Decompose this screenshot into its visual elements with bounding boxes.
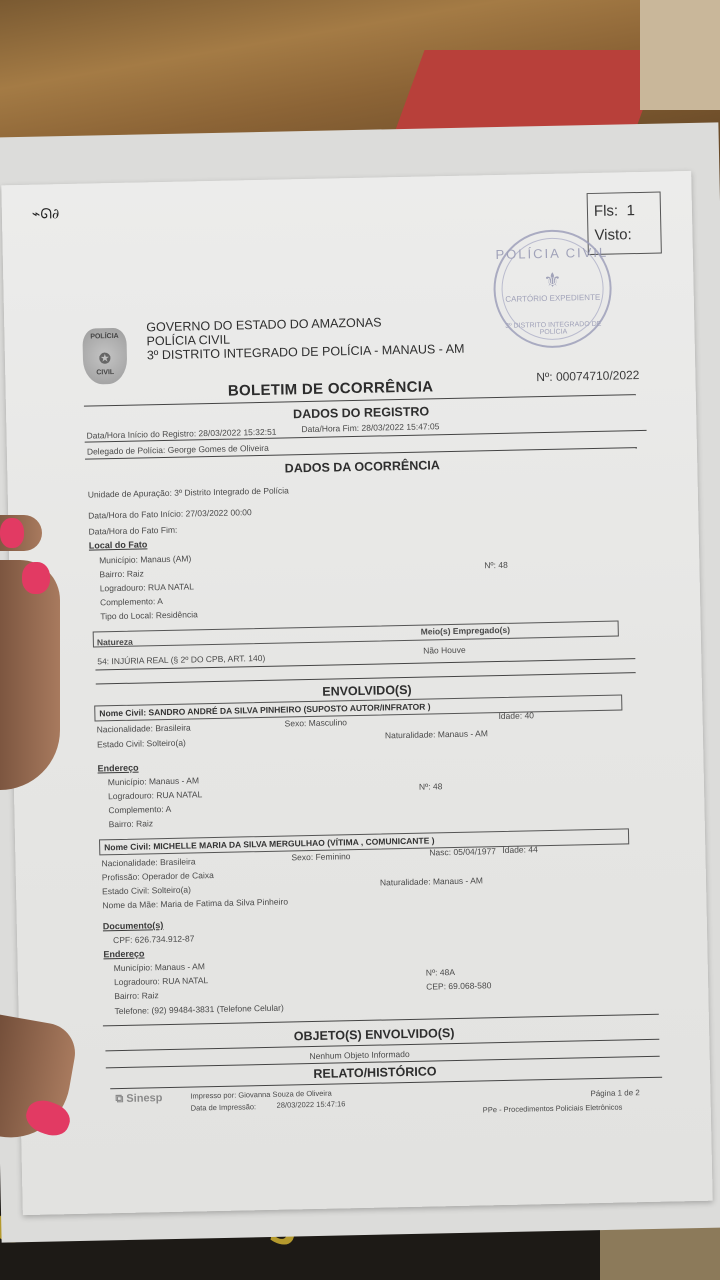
person-2-numero: Nº: 48A (426, 967, 455, 978)
patterned-cloth-background (640, 0, 720, 110)
natureza-header-box (93, 621, 619, 648)
local-bairro: Bairro: Raiz (99, 568, 144, 579)
data-impressao-label: Data de Impressão: (191, 1102, 257, 1112)
stamp-top-text: POLÍCIA CIVIL (495, 245, 609, 262)
page-number: Página 1 de 2 (590, 1088, 640, 1098)
fls-label: Fls: (594, 202, 619, 220)
person-1-logradouro: Logradouro: RUA NATAL (108, 789, 202, 801)
person-1-complemento: Complemento: A (108, 804, 171, 815)
badge-bottom-text: CIVIL (83, 369, 127, 377)
unidade-apuracao: Unidade de Apuração: 3º Distrito Integra… (88, 485, 289, 499)
person-2-naturalidade: Naturalidade: Manaus - AM (380, 875, 483, 887)
person-1-municipio: Município: Manaus - AM (108, 775, 199, 787)
person-2-logradouro: Logradouro: RUA NATAL (114, 975, 208, 987)
person-1-idade: Idade: 40 (498, 710, 534, 721)
natureza-header: Natureza (97, 637, 133, 648)
meio-empregado-header: Meio(s) Empregado(s) (421, 625, 510, 637)
person-2-cep: CEP: 69.068-580 (426, 980, 491, 991)
meio-empregado-value: Não Houve (423, 645, 466, 656)
impresso-por: Impresso por: Giovanna Souza de Oliveira (190, 1089, 331, 1101)
government-header: GOVERNO DO ESTADO DO AMAZONAS POLÍCIA CI… (146, 314, 464, 363)
person-1-endereco-title: Endereço (97, 763, 138, 774)
person-2-endereco-title: Endereço (103, 949, 144, 960)
stamp-bottom-text: 3º DISTRITO INTEGRADO DE POLÍCIA (496, 321, 610, 337)
person-2-idade: Idade: 44 (502, 844, 538, 855)
fls-value: 1 (626, 202, 635, 219)
fingernail (22, 562, 50, 594)
local-complemento: Complemento: A (100, 596, 163, 607)
person-2-profissao: Profissão: Operador de Caixa (102, 870, 214, 882)
stamp-emblem-icon: ⚜ (495, 267, 609, 294)
patterned-cloth-background (600, 1225, 720, 1280)
data-impressao: 28/03/2022 15:47:16 (277, 1099, 346, 1109)
person-1-numero: Nº: 48 (419, 781, 443, 791)
policia-civil-badge-icon: POLÍCIA ✪ CIVIL (82, 328, 127, 385)
registro-fim: Data/Hora Fim: 28/03/2022 15:47:05 (301, 421, 439, 434)
fato-fim: Data/Hora do Fato Fim: (88, 525, 177, 537)
person-2-name: Nome Civil: MICHELLE MARIA DA SILVA MERG… (99, 828, 629, 855)
person-2-documentos-title: Documento(s) (103, 920, 164, 931)
person-1-sexo: Sexo: Masculino (285, 717, 348, 728)
fingernail (0, 518, 24, 548)
local-municipio: Município: Manaus (AM) (99, 553, 191, 565)
person-2-municipio: Município: Manaus - AM (114, 961, 205, 973)
fato-inicio: Data/Hora do Fato Início: 27/03/2022 00:… (88, 507, 252, 520)
person-1-bairro: Bairro: Raiz (109, 818, 154, 829)
police-stamp: POLÍCIA CIVIL ⚜ CARTÓRIO EXPEDIENTE 3º D… (492, 229, 612, 349)
person-2-nasc: Nasc: 05/04/1977 (429, 846, 496, 857)
person-1-naturalidade: Naturalidade: Manaus - AM (385, 728, 488, 740)
local-do-fato-title: Local do Fato (89, 539, 148, 550)
person-2-cpf: CPF: 626.734.912-87 (113, 933, 194, 945)
handwritten-mark: ⌁ᘏ∂ (32, 206, 59, 222)
sinesp-logo-text: Sinesp (126, 1092, 162, 1105)
local-numero: Nº: 48 (484, 560, 508, 570)
badge-emblem-icon: ✪ (83, 350, 127, 368)
person-2-estado-civil: Estado Civil: Solteiro(a) (102, 885, 191, 897)
sistema-name: PPe - Procedimentos Policiais Eletrônico… (483, 1103, 623, 1115)
police-report-document: ⌁ᘏ∂ Fls: 1 Visto: POLÍCIA CIVIL ⚜ CARTÓR… (1, 171, 712, 1215)
person-1-nacionalidade: Nacionalidade: Brasileira (97, 722, 191, 734)
person-2-telefone: Telefone: (92) 99484-3831 (Telefone Celu… (115, 1003, 284, 1017)
person-2-bairro: Bairro: Raiz (114, 990, 159, 1001)
report-number: Nº: 00074710/2022 (536, 368, 639, 384)
natureza-value: 54: INJÚRIA REAL (§ 2º DO CPB, ART. 140) (97, 653, 265, 667)
red-cloth-background (395, 50, 664, 130)
local-tipo: Tipo do Local: Residência (100, 609, 198, 621)
sinesp-logo-icon: ⧉ (115, 1093, 123, 1105)
person-2-sexo: Sexo: Feminino (291, 851, 350, 862)
sinesp-logo: ⧉ Sinesp (115, 1092, 162, 1106)
person-2-nacionalidade: Nacionalidade: Brasileira (101, 856, 195, 868)
local-logradouro: Logradouro: RUA NATAL (100, 581, 194, 593)
person-2-mae: Nome da Mãe: Maria de Fatima da Silva Pi… (102, 896, 288, 910)
finger (0, 560, 60, 790)
badge-top-text: POLÍCIA (82, 333, 126, 341)
person-1-estado-civil: Estado Civil: Solteiro(a) (97, 738, 186, 750)
